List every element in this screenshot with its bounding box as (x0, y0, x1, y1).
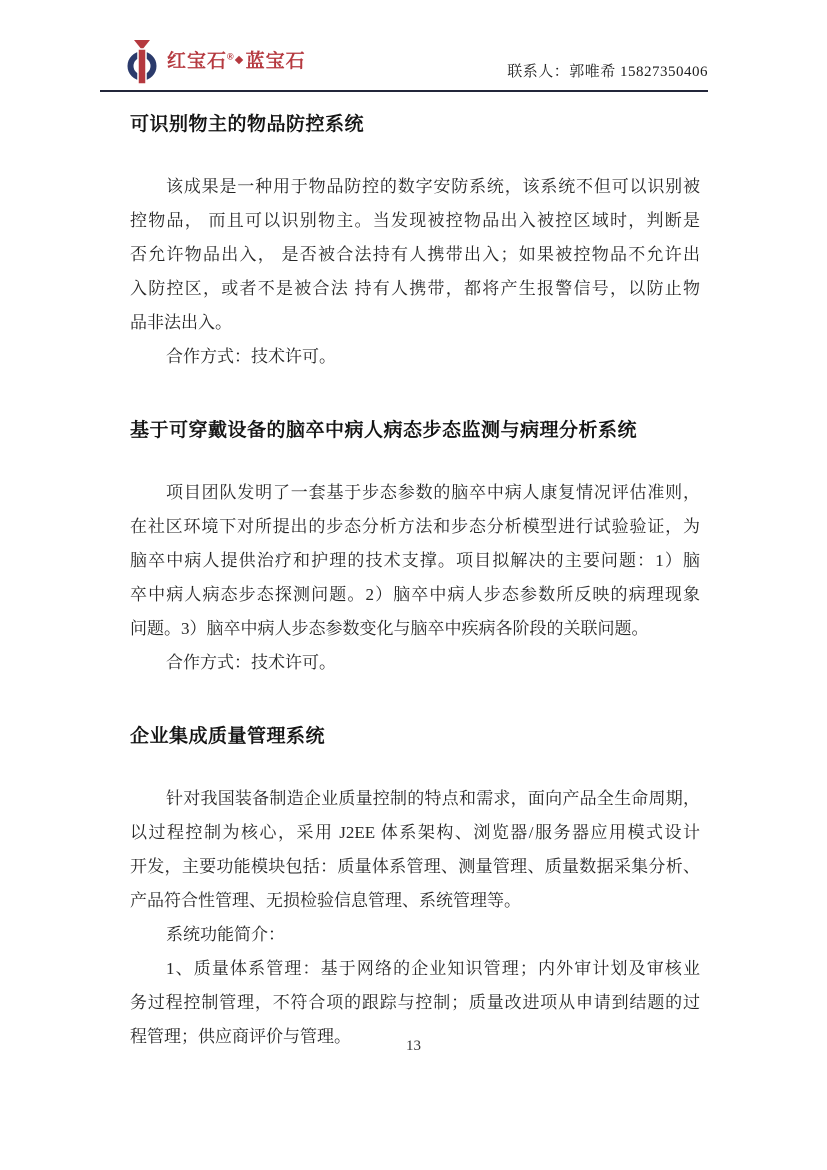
content-section: 企业集成质量管理系统针对我国装备制造企业质量控制的特点和需求，面向产品全生命周期… (130, 724, 700, 1054)
text-line: 脑卒中病人提供治疗和护理的技术支撑。项目拟解决的主要问题：1）脑 (130, 544, 700, 578)
text-line: 品非法出入。 (130, 306, 700, 340)
content-section: 基于可穿戴设备的脑卒中病人病态步态监测与病理分析系统项目团队发明了一套基于步态参… (130, 418, 700, 680)
text-line: 否允许物品出入， 是否被合法持有人携带出入；如果被控物品不允许出 (130, 238, 700, 272)
contact-info: 联系人：郭唯希 15827350406 (507, 60, 708, 84)
text-line: 系统功能简介： (130, 918, 700, 952)
text-line: 控物品， 而且可以识别物主。当发现被控物品出入被控区域时，判断是 (130, 204, 700, 238)
text-line: 产品符合性管理、无损检验信息管理、系统管理等。 (130, 884, 700, 918)
paragraph: 针对我国装备制造企业质量控制的特点和需求，面向产品全生命周期，以过程控制为核心，… (130, 782, 700, 918)
brand-name: 红宝石®蓝宝石 (167, 52, 306, 73)
text-line: 以过程控制为核心，采用 J2EE 体系架构、浏览器/服务器应用模式设计 (130, 816, 700, 850)
text-line: 合作方式：技术许可。 (130, 340, 700, 374)
content-section: 可识别物主的物品防控系统该成果是一种用于物品防控的数字安防系统，该系统不但可以识… (130, 112, 700, 374)
page-number: 13 (406, 1038, 421, 1054)
text-line: 该成果是一种用于物品防控的数字安防系统，该系统不但可以识别被 (130, 170, 700, 204)
text-line: 在社区环境下对所提出的步态分析方法和步态分析模型进行试验验证，为 (130, 510, 700, 544)
section-heading: 可识别物主的物品防控系统 (130, 112, 700, 138)
document-body: 可识别物主的物品防控系统该成果是一种用于物品防控的数字安防系统，该系统不但可以识… (130, 112, 700, 1054)
paragraph: 合作方式：技术许可。 (130, 340, 700, 374)
text-line: 务过程控制管理，不符合项的跟踪与控制；质量改进项从申请到结题的过 (130, 986, 700, 1020)
text-line: 1、质量体系管理：基于网络的企业知识管理；内外审计划及审核业 (130, 952, 700, 986)
text-line: 合作方式：技术许可。 (130, 646, 700, 680)
text-line: 入防控区，或者不是被合法 持有人携带，都将产生报警信号，以防止物 (130, 272, 700, 306)
sections: 可识别物主的物品防控系统该成果是一种用于物品防控的数字安防系统，该系统不但可以识… (130, 112, 700, 1054)
text-line: 项目团队发明了一套基于步态参数的脑卒中病人康复情况评估准则， (130, 476, 700, 510)
brand-logo: 红宝石®蓝宝石 (124, 40, 306, 84)
text-line: 问题。3）脑卒中病人步态参数变化与脑卒中疾病各阶段的关联问题。 (130, 612, 700, 646)
document-page: 红宝石®蓝宝石 联系人：郭唯希 15827350406 可识别物主的物品防控系统… (0, 0, 827, 1170)
paragraph: 该成果是一种用于物品防控的数字安防系统，该系统不但可以识别被控物品， 而且可以识… (130, 170, 700, 340)
text-line: 卒中病人病态步态探测问题。2）脑卒中病人步态参数所反映的病理现象 (130, 578, 700, 612)
page-header: 红宝石®蓝宝石 联系人：郭唯希 15827350406 (100, 40, 708, 92)
paragraph: 合作方式：技术许可。 (130, 646, 700, 680)
section-heading: 基于可穿戴设备的脑卒中病人病态步态监测与病理分析系统 (130, 418, 700, 444)
brand-name-left: 红宝石 (167, 51, 227, 72)
text-line: 开发，主要功能模块包括：质量体系管理、测量管理、质量数据采集分析、 (130, 850, 700, 884)
diamond-separator-icon (234, 56, 242, 64)
text-line: 针对我国装备制造企业质量控制的特点和需求，面向产品全生命周期， (130, 782, 700, 816)
paragraph: 项目团队发明了一套基于步态参数的脑卒中病人康复情况评估准则，在社区环境下对所提出… (130, 476, 700, 646)
page-footer: 13 (0, 1038, 827, 1055)
paragraph: 系统功能简介： (130, 918, 700, 952)
brand-name-right: 蓝宝石 (246, 51, 306, 72)
logo-mark-icon (124, 40, 160, 84)
section-heading: 企业集成质量管理系统 (130, 724, 700, 750)
registered-trademark-icon: ® (227, 51, 234, 61)
